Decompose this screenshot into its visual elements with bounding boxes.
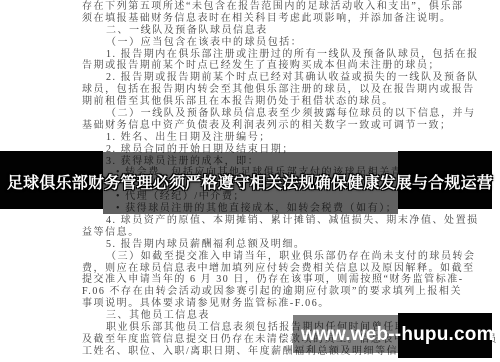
document-line: F.06 不存在由转会活动或因参赛引起的逾期应付款项”的要求填列上报相关 [82, 286, 494, 298]
document-line: （一）应当包含在该表中的球员包括： [82, 37, 494, 49]
document-line: 益等信息。 [82, 227, 494, 239]
document-line: 须在填报基础财务信息表时在相关科目考虑此项影响，并添加备注说明。 [82, 13, 494, 25]
document-line: 二、一线队及预备队球员信息表 [82, 25, 494, 37]
document-line: 基础财务信息中资产负债表及利润表列示的相关数字一致或可调节一致； [82, 120, 494, 132]
document-line: 事项说明。具体要求请参见财务监管标准-F.06。 [82, 298, 494, 310]
document-line: 期前租借至其他俱乐部且在本报告期仍处于租借状态的球员。 [82, 96, 494, 108]
document-line: 1. 姓名、出生日期及注册编号； [82, 132, 494, 144]
watermark-text: www.web--hupu.com [301, 313, 494, 358]
document-line: 费，则应在球员信息表中增加填列应付转会费相关信息以及原因解释。如截至 [82, 263, 494, 275]
document-line: 球员，包括在报告期内转会至其他俱乐部注册的球员，以及在报告期内或报告 [82, 84, 494, 96]
document-line: （三）如截至提交准入申请当年，职业俱乐部仍存在尚未支付的球员转会 [82, 251, 494, 263]
document-line: 告期或报告期前某个时点已经发生了直接购买成本但尚未注册的球员； [82, 60, 494, 72]
document-line: 5. 报告期内球员薪酬福利总额及明细。 [82, 239, 494, 251]
document-line: 2. 报告期或报告期前某个时点已经对其确认收益或损失的一线队及预备队 [82, 72, 494, 84]
document-line: 存在下列第五项所述“未包含在报告范围内的足球活动收入和支出”，俱乐部 [82, 1, 494, 13]
document-line: 1. 报告期内在俱乐部注册或注册过的所有一线队及预备队球员，包括在报 [82, 49, 494, 61]
watermark-banner: www.web--hupu.com [293, 313, 492, 358]
page: 存在下列第五项所述“未包含在报告范围内的足球活动收入和支出”，俱乐部须在填报基础… [0, 0, 500, 362]
document-line: （二）一线队及预备队球员信息表至少须披露每位球员的以下信息，并与 [82, 108, 494, 120]
headline-banner: 足球俱乐部财务管理必须严格遵守相关法规确保健康发展与合规运营 [0, 151, 500, 214]
headline-text: 足球俱乐部财务管理必须严格遵守相关法规确保健康发展与合规运营 [0, 151, 500, 211]
document-line: 提交准入申请当年的 6 月 30 日，仍存在该事项，则需按照“财务监管标准- [82, 274, 494, 286]
document-line: 4. 球员资产的原值、本期摊销、累计摊销、减值损失、期末净值、处置损 [82, 215, 494, 227]
